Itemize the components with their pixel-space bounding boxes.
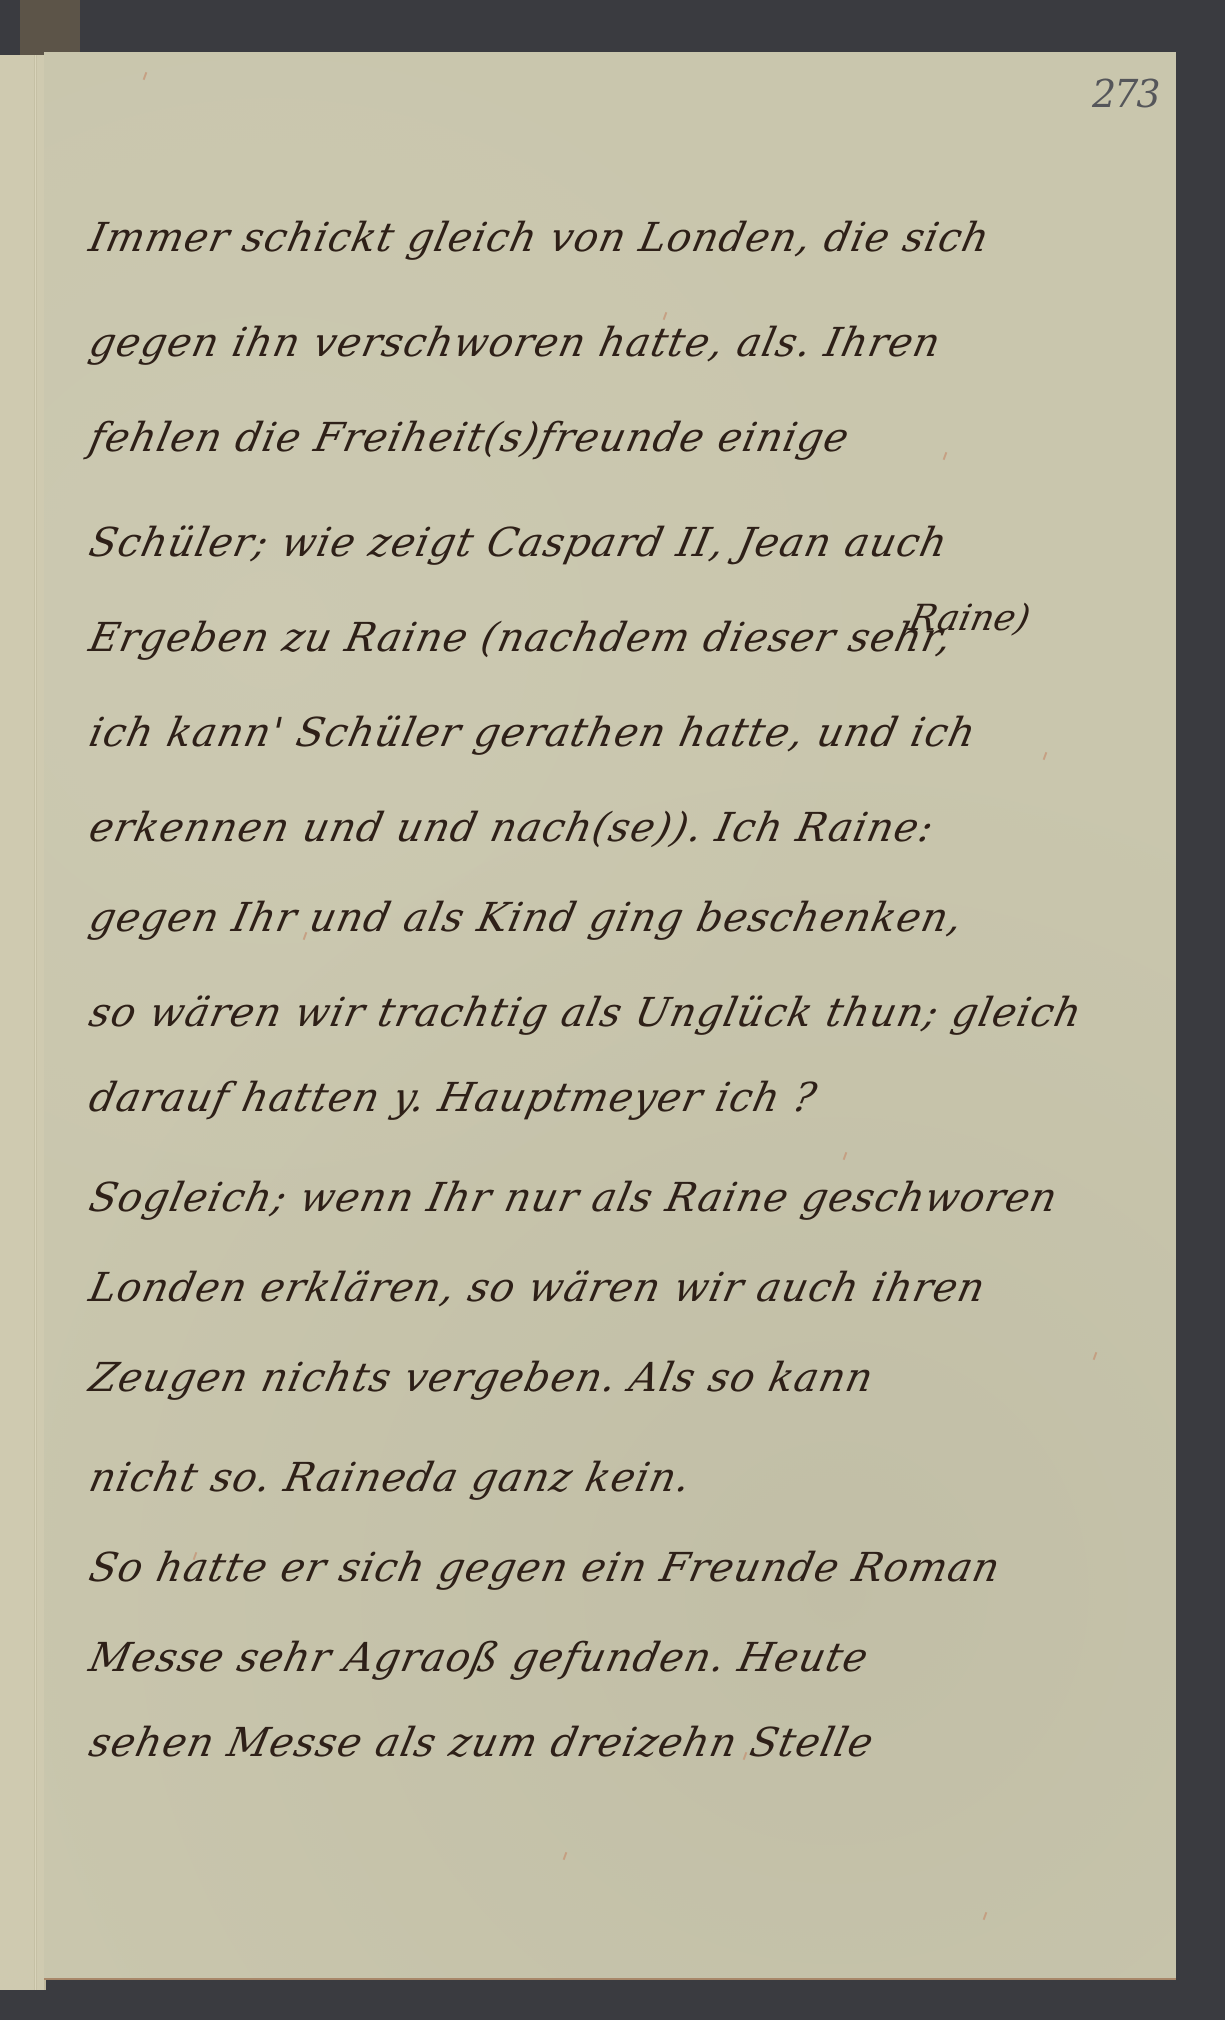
manuscript-line: So hatte er sich gegen ein Freunde Roman: [85, 1545, 1005, 1591]
manuscript-line: fehlen die Freiheit(s)freunde einige: [85, 415, 854, 461]
manuscript-line: erkennen und und nach(se)). Ich Raine:: [85, 805, 938, 851]
manuscript-line: gegen ihn verschworen hatte, als. Ihren: [85, 320, 945, 366]
facing-page-edge: [0, 55, 46, 1990]
page-fold: [34, 55, 37, 1990]
manuscript-line: Londen erklären, so wären wir auch ihren: [85, 1265, 990, 1311]
manuscript-line: gegen Ihr und als Kind ging beschenken,: [85, 895, 967, 941]
manuscript-line: Zeugen nichts vergeben. Als so kann: [85, 1355, 878, 1401]
manuscript-line: sehen Messe als zum dreizehn Stelle: [85, 1720, 878, 1766]
margin-note: Raine): [906, 598, 1034, 639]
manuscript-line: Schüler; wie zeigt Caspard II, Jean auch: [85, 520, 952, 566]
manuscript-line: Immer schickt gleich von Londen, die sic…: [85, 215, 994, 261]
manuscript-line: so wären wir trachtig als Unglück thun; …: [85, 990, 1086, 1036]
binding-tab: [20, 0, 80, 55]
manuscript-line: darauf hatten y. Hauptmeyer ich ?: [85, 1075, 821, 1121]
manuscript-line: Messe sehr Agraoß gefunden. Heute: [85, 1635, 873, 1681]
manuscript-line: ich kann' Schüler gerathen hatte, und ic…: [85, 710, 980, 756]
manuscript-line: Sogleich; wenn Ihr nur als Raine geschwo…: [85, 1175, 1062, 1221]
manuscript-line: nicht so. Raineda ganz kein.: [85, 1455, 695, 1501]
manuscript-line: Ergeben zu Raine (nachdem dieser sehr,: [85, 615, 956, 661]
folio-number: 273: [1092, 72, 1159, 116]
